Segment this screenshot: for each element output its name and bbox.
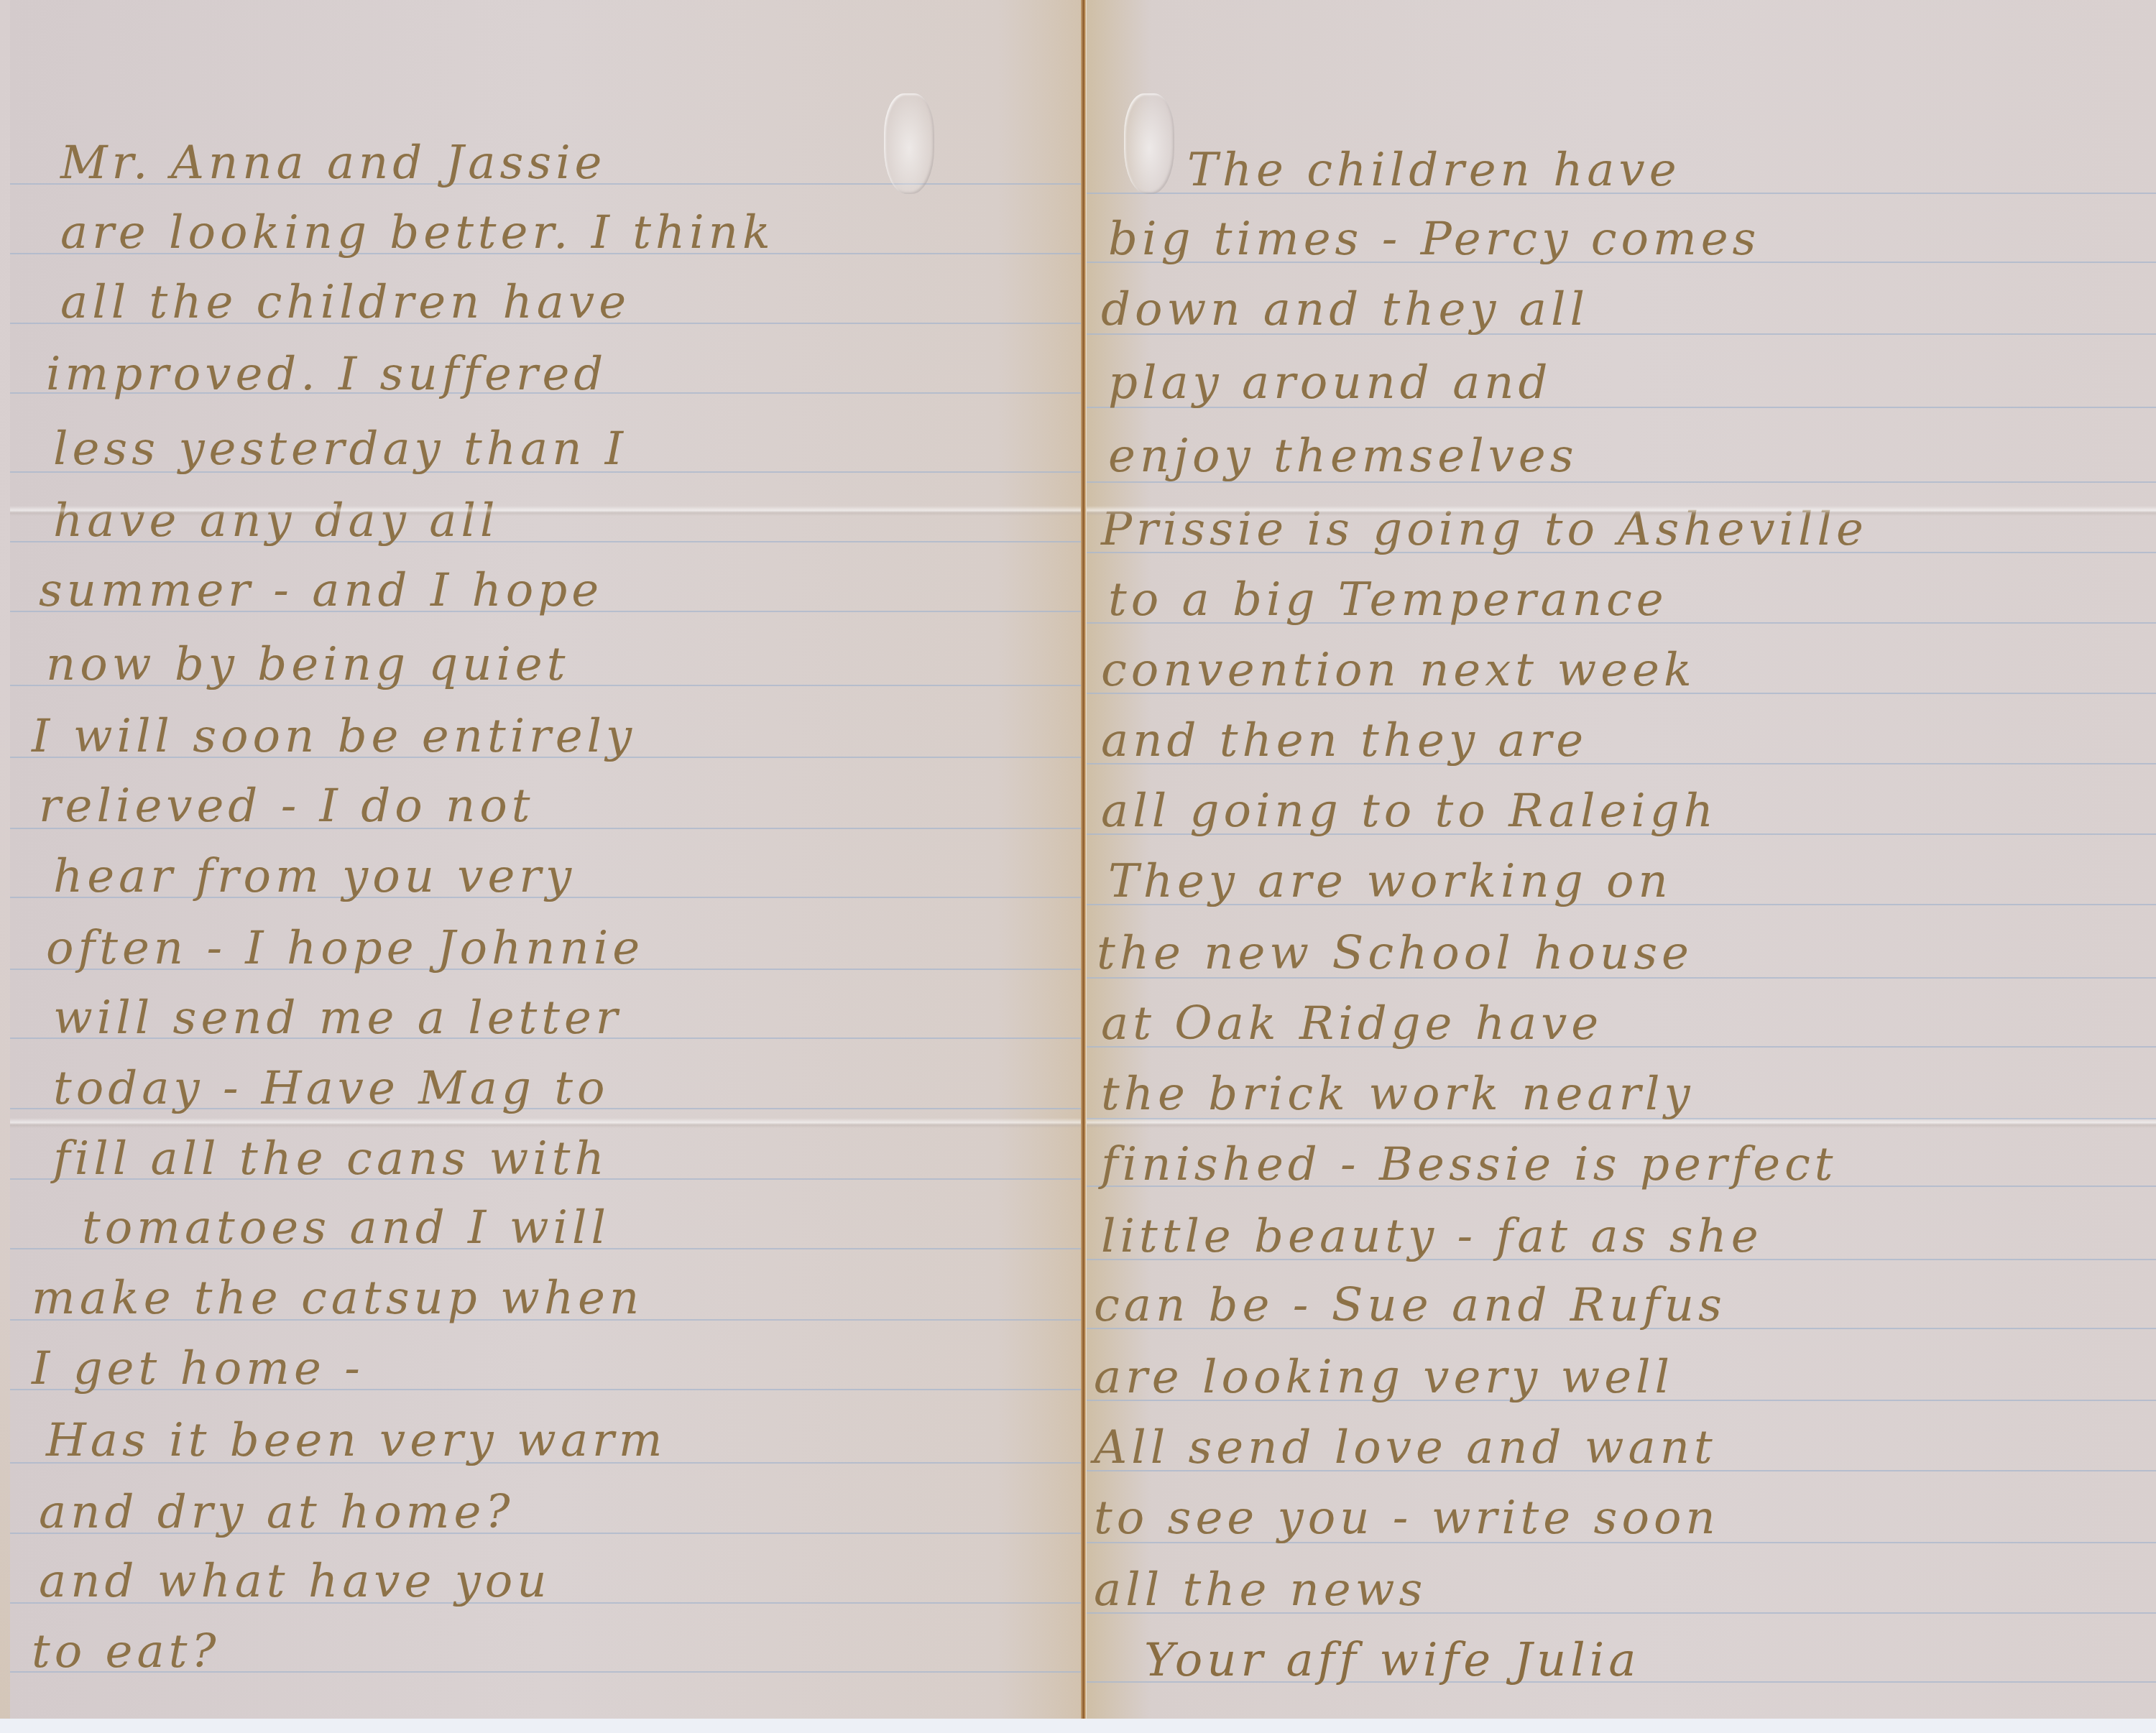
letter-line: The children have [1187, 144, 1681, 197]
letter-line: summer - and I hope [39, 564, 603, 617]
letter-line: big times - Percy comes [1108, 213, 1760, 266]
letter-line: today - Have Mag to [53, 1062, 609, 1115]
letter-line: down and they all [1101, 283, 1589, 336]
letter-line: and dry at home? [39, 1486, 515, 1539]
letter-line: now by being quiet [46, 638, 569, 691]
letter-line: play around and [1108, 356, 1552, 410]
letter-line: often - I hope Johnnie [46, 922, 644, 975]
letter-line: the new School house [1097, 927, 1693, 980]
letter-closing-signature: Your aff wife Julia [1144, 1634, 1640, 1687]
embossed-crest-icon [1124, 93, 1174, 194]
letter-line: less yesterday than I [53, 422, 627, 476]
letter-line: All send love and want [1094, 1421, 1717, 1474]
letter-line: fill all the cans with [53, 1132, 609, 1186]
letter-sheet: Mr. Anna and Jassie are looking better. … [0, 0, 2156, 1719]
letter-line: are looking very well [1094, 1351, 1674, 1404]
center-fold-crease [1081, 0, 1087, 1719]
letter-line: I get home - [32, 1342, 364, 1395]
letter-line: enjoy themselves [1108, 430, 1578, 483]
letter-line: the brick work nearly [1101, 1068, 1695, 1121]
letter-line: at Oak Ridge have [1101, 997, 1603, 1050]
letter-line: and then they are [1101, 714, 1588, 767]
letter-line: hear from you very [53, 850, 576, 903]
letter-line: Has it been very warm [46, 1414, 666, 1467]
letter-line: can be - Sue and Rufus [1094, 1279, 1726, 1332]
letter-line: make the catsup when [32, 1272, 643, 1325]
letter-line: relieved - I do not [39, 780, 535, 833]
letter-line: all the children have [60, 276, 630, 329]
letter-line: have any day all [53, 494, 499, 547]
right-page: The children have big times - Percy come… [1087, 0, 2156, 1719]
letter-line: all the news [1094, 1563, 1427, 1617]
letter-line: and what have you [39, 1555, 551, 1608]
letter-line: all going to to Raleigh [1101, 785, 1718, 838]
letter-line: convention next week [1101, 644, 1696, 697]
letter-line: little beauty - fat as she [1101, 1210, 1763, 1263]
letter-line: Mr. Anna and Jassie [60, 137, 606, 190]
letter-line: tomatoes and I will [82, 1201, 610, 1254]
embossed-crest-icon [884, 93, 934, 194]
letter-line: to see you - write soon [1094, 1492, 1720, 1545]
left-page: Mr. Anna and Jassie are looking better. … [10, 0, 1084, 1719]
letter-line: improved. I suffered [46, 348, 607, 401]
letter-line: I will soon be entirely [32, 710, 636, 763]
scan-background [0, 1719, 2156, 1733]
letter-line: are looking better. I think [60, 206, 775, 259]
letter-line: will send me a letter [53, 992, 622, 1045]
letter-line: They are working on [1108, 855, 1672, 908]
letter-line: to eat? [32, 1625, 221, 1678]
letter-line: to a big Temperance [1108, 573, 1668, 627]
letter-line: finished - Bessie is perfect [1101, 1138, 1838, 1191]
